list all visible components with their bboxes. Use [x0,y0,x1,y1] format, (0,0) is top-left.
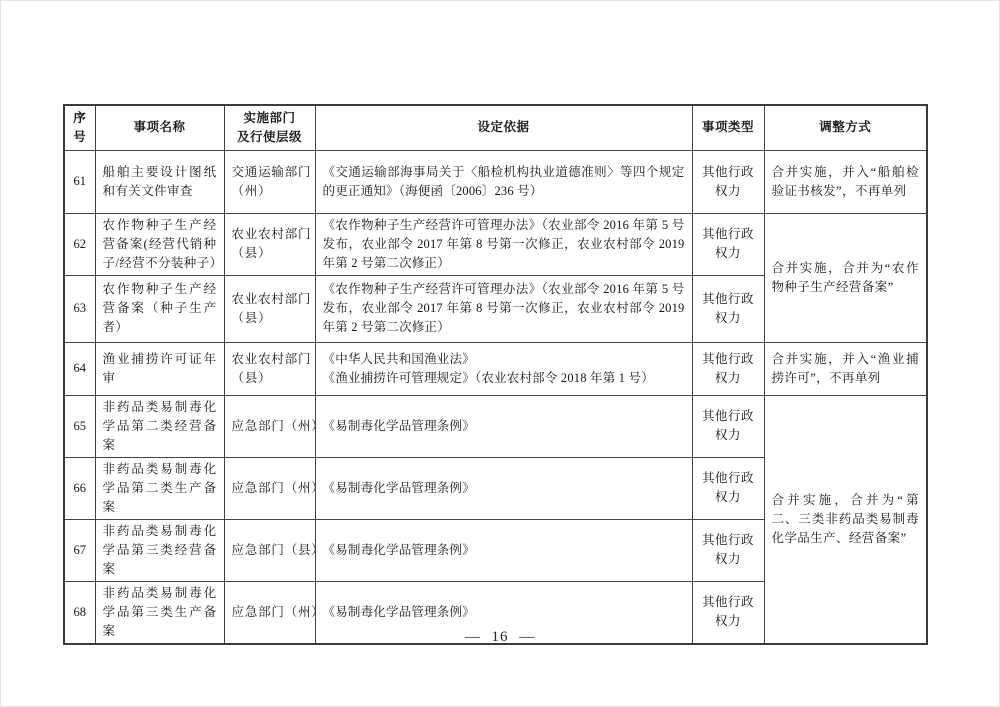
item-name-cell: 农作物种子生产经营备案(经营代销种子/经营不分装种子） [95,213,224,275]
table-header-row: 序 号 事项名称 实施部门 及行使层级 设定依据 事项类型 调整方式 [64,105,927,150]
table-row: 62 农作物种子生产经营备案(经营代销种子/经营不分装种子） 农业农村部门 （县… [64,213,927,275]
type-cell: 其他行政 权力 [692,457,764,519]
seq-no-cell: 62 [64,213,95,275]
department-cell: 农业农村部门 （县） [224,342,315,395]
seq-no-cell: 67 [64,519,95,581]
basis-cell: 《农作物种子生产经营许可管理办法》（农业部令 2016 年第 5 号发布，农业部… [315,213,692,275]
department-cell: 应急部门（州） [224,395,315,457]
adjustment-cell-merged: 合并实施，合并为“第二、三类非药品类易制毒化学品生产、经营备案” [764,395,927,644]
table-row: 61 船舶主要设计图纸和有关文件审查 交通运输部门 （州） 《交通运输部海事局关… [64,150,927,213]
item-name-cell: 船舶主要设计图纸和有关文件审查 [95,150,224,213]
department-cell: 农业农村部门 （县） [224,213,315,275]
seq-no-cell: 66 [64,457,95,519]
adjustment-cell: 合并实施，并入“船舶检验证书核发”，不再单列 [764,150,927,213]
seq-no-cell: 63 [64,275,95,342]
type-cell: 其他行政 权力 [692,275,764,342]
department-cell: 应急部门（县） [224,519,315,581]
seq-no-cell: 61 [64,150,95,213]
seq-no-cell: 64 [64,342,95,395]
header-item-name: 事项名称 [95,105,224,150]
item-name-cell: 非药品类易制毒化学品第二类生产备案 [95,457,224,519]
table-row: 65 非药品类易制毒化学品第二类经营备案 应急部门（州） 《易制毒化学品管理条例… [64,395,927,457]
basis-cell: 《交通运输部海事局关于〈船检机构执业道德准则〉等四个规定的更正通知》（海便函〔2… [315,150,692,213]
header-seq-no: 序 号 [64,105,95,150]
department-cell: 应急部门（州） [224,457,315,519]
basis-cell: 《中华人民共和国渔业法》 《渔业捕捞许可管理规定》（农业农村部令 2018 年第… [315,342,692,395]
basis-cell: 《易制毒化学品管理条例》 [315,395,692,457]
type-cell: 其他行政 权力 [692,342,764,395]
basis-cell: 《农作物种子生产经营许可管理办法》（农业部令 2016 年第 5 号发布，农业部… [315,275,692,342]
basis-cell: 《易制毒化学品管理条例》 [315,519,692,581]
page-number: — 16 — [1,629,999,646]
item-name-cell: 非药品类易制毒化学品第三类经营备案 [95,519,224,581]
header-implementing-department: 实施部门 及行使层级 [224,105,315,150]
item-name-cell: 农作物种子生产经营备案（种子生产者） [95,275,224,342]
seq-no-cell: 65 [64,395,95,457]
table-row: 64 渔业捕捞许可证年审 农业农村部门 （县） 《中华人民共和国渔业法》 《渔业… [64,342,927,395]
type-cell: 其他行政 权力 [692,213,764,275]
item-name-cell: 非药品类易制毒化学品第二类经营备案 [95,395,224,457]
adjustment-cell: 合并实施，并入“渔业捕捞许可”，不再单列 [764,342,927,395]
item-name-cell: 渔业捕捞许可证年审 [95,342,224,395]
basis-cell: 《易制毒化学品管理条例》 [315,457,692,519]
header-adjustment-method: 调整方式 [764,105,927,150]
department-cell: 农业农村部门 （县） [224,275,315,342]
type-cell: 其他行政 权力 [692,150,764,213]
type-cell: 其他行政 权力 [692,519,764,581]
adjustment-cell-merged: 合并实施，合并为“农作物种子生产经营备案” [764,213,927,342]
department-cell: 交通运输部门 （州） [224,150,315,213]
header-item-type: 事项类型 [692,105,764,150]
header-setting-basis: 设定依据 [315,105,692,150]
document-page: 序 号 事项名称 实施部门 及行使层级 设定依据 事项类型 调整方式 61 船舶… [0,0,1000,707]
approval-items-table: 序 号 事项名称 实施部门 及行使层级 设定依据 事项类型 调整方式 61 船舶… [63,104,928,645]
type-cell: 其他行政 权力 [692,395,764,457]
